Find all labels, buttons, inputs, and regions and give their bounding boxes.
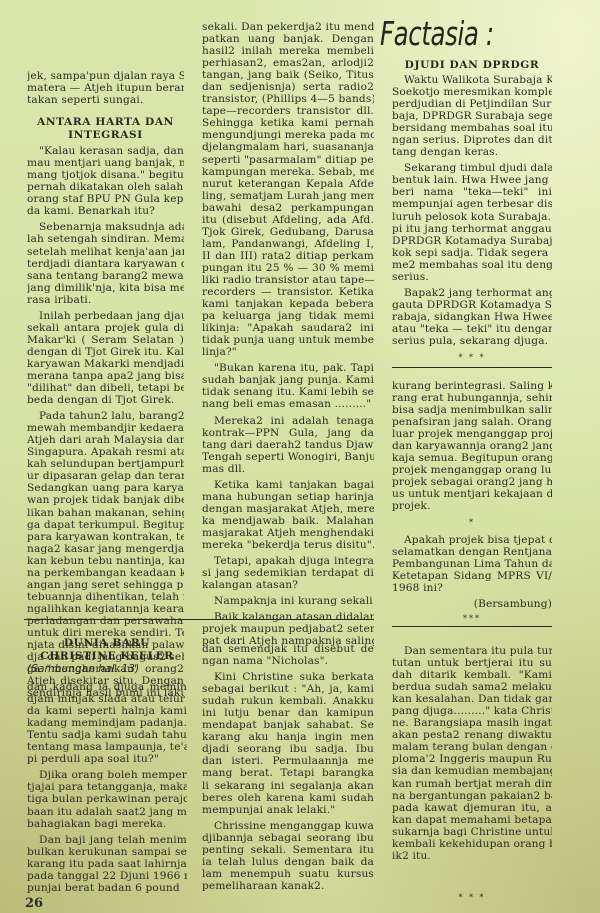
text-line: pada kawat djemuran itu, a (392, 802, 552, 814)
text-line: na perkembangan keadaan keu (27, 567, 184, 579)
text-line: ik2 itu. (392, 850, 552, 862)
text-line: projek menganggap orang luar (392, 464, 552, 476)
text-line: da kami seperti halnja kami (27, 705, 187, 717)
text-line: Ketetapan Sidang MPRS VI/ (392, 570, 552, 582)
text-line: atau "teka — teki" itu dengan (392, 323, 552, 335)
divider-rule (392, 626, 552, 627)
text-line: baja, DPRDGR Surabaja segera (392, 110, 552, 122)
text-line: lam menempuh suatu kursus (202, 868, 374, 880)
text-line: Dan sementara itu pula tun (392, 645, 552, 657)
text-line: kadang memindjam padanja. (27, 717, 187, 729)
text-line: djelangmalam hari, suasananja (202, 141, 374, 153)
column-top-right: DJUDI DAN DPRDGR Waktu Walikota Surabaja… (392, 59, 552, 364)
paragraph: kurang berintegrasi. Saling kurang erat … (392, 380, 552, 513)
text-line: likinja: "Apakah saudara2 ini (202, 322, 374, 334)
text-line: dan sedjenisnja) serta radio2 (202, 81, 374, 93)
text-line: tutan untuk bertjerai itu su (392, 657, 552, 669)
text-line: tentang masa lampaunja, te'a (27, 741, 187, 753)
text-line: Sekarang timbul djudi dalam (392, 162, 552, 174)
page-number: 26 (25, 896, 43, 911)
text-line: djibannja sebagai seorang ibu (202, 832, 374, 844)
text-line: serius pula, sekarang djuga. (392, 335, 552, 347)
text-line: projek sebagai orang2 jang ha (392, 476, 552, 488)
section-separator-stars: *** (392, 613, 552, 625)
paragraph: "Bukan karena itu, pak. Tapisudah banjak… (202, 362, 374, 410)
text-line: dengan masjarakat Atjeh, mere (202, 503, 374, 515)
article-body: sekali. Dan pekerdja2 itu mendapatkan ua… (202, 21, 374, 647)
text-line: kurang berintegrasi. Saling ku (392, 380, 552, 392)
text-line: sebagai berikut : "Ah, ja, kami (202, 683, 374, 695)
text-line: kontrak—PPN Gula, jang da (202, 427, 374, 439)
text-line: kan kesalahan. Dan tidak gam (392, 693, 552, 705)
text-line: lah setengah sindiran. Memang, (27, 233, 184, 245)
paragraph: Dan sementara itu pula tuntutan untuk be… (392, 645, 552, 862)
text-line: karyawan Makarki mendjadi (27, 358, 184, 370)
heading-line: CHRISTINE KEELER (27, 650, 187, 663)
text-line: ploma'2 Inggeris maupun Ru (392, 753, 552, 765)
section-title: Factasia : (380, 14, 494, 53)
text-line: seperti "pasarmalam" ditiap per (202, 154, 374, 166)
text-line: bawahi desa2 perkampungan (202, 202, 374, 214)
text-line: ngalihkan kegiatannja kearah (27, 603, 184, 615)
text-line: tangan, jang baik (Seiko, Titus (202, 69, 374, 81)
text-line: 1968 ini? (392, 582, 552, 594)
article-body: Dan sementara itu pula tuntutan untuk be… (392, 645, 552, 862)
article-body: Waktu Walikota Surabaja Kol.Soekotjo mer… (392, 74, 552, 347)
text-line: sana tentang barang2 mewah (27, 270, 184, 282)
text-line: rasa iribati. (27, 294, 184, 306)
text-line: mang tjotjok disana." begitu (27, 169, 184, 181)
text-line: li sekarang ini segalanja akan (202, 780, 374, 792)
text-line: dah ditarik kembali. "Kami (392, 669, 552, 681)
text-line: liki radio transistor atau tape— (202, 274, 374, 286)
text-line: si jang sedemikian terdapat di (202, 567, 374, 579)
text-line: kan dapat memahami betapa (392, 814, 552, 826)
paragraph: Nampaknja ini kurang sekali. (202, 595, 374, 607)
article-heading-antara-harta: ANTARA HARTA DAN INTEGRASI (27, 116, 184, 142)
section-divider-rule (24, 619, 374, 620)
text-line: merana tanpa apa2 jang bisa (27, 370, 184, 382)
article-body: dan semendjak itu disebut dengan nama "N… (202, 643, 374, 892)
text-line: na bergantungan pakaian2 baji (392, 790, 552, 802)
paragraph: dan semendjak itu disebut dengan nama "N… (202, 643, 374, 667)
text-line: nurut keterangan Kepala Afde (202, 178, 374, 190)
text-line: "dilihat" dan dibeli, tetapi ber (27, 382, 184, 394)
paragraph: Ketika kami tanjakan bagaimana hubungan … (202, 479, 374, 551)
text-line: perhiasan2, emas2an, arlodji2 (202, 57, 374, 69)
paragraph: Chrissine menganggap kuwadjibannja sebag… (202, 820, 374, 892)
text-line: orang staf BPU PN Gula kepa (27, 193, 184, 205)
text-line: tidak senang itu. Kami lebih se (202, 386, 374, 398)
text-line: Tentu sadja kami sudah tahu (27, 729, 187, 741)
text-line: Tengah seperti Wonogiri, Banju (202, 451, 374, 463)
text-line: beda dengan di Tjot Girek. (27, 394, 184, 406)
paragraph: dan kadang ia djuga memindjam minjak sla… (27, 681, 187, 765)
text-line: pi perduli apa soal itu?" (27, 753, 187, 765)
text-line: beres oleh karena kami sudah (202, 792, 374, 804)
text-line: ngan nama "Nicholas". (202, 655, 374, 667)
text-line: me2 membahas soal itu dengan (392, 259, 552, 271)
text-line: luar projek menganggap projek (392, 428, 552, 440)
text-line: karang itu pada saat lahirnja (27, 858, 187, 870)
paragraph: Waktu Walikota Surabaja Kol.Soekotjo mer… (392, 74, 552, 158)
paragraph: Tetapi, apakah djuga integrasi jang sede… (202, 555, 374, 591)
text-line: tang dari daerah2 tandus Djawa (202, 439, 374, 451)
text-line: kami tanjakan kepada bebera (202, 298, 374, 310)
article-body: kurang berintegrasi. Saling kurang erat … (392, 380, 552, 513)
text-line: pa keluarga jang tidak memi (202, 310, 374, 322)
text-line: sudah rukun kembali. Anakku (202, 695, 374, 707)
text-line: jek, sampa'pun djalan raya Su (27, 70, 184, 82)
text-line: Singapura. Apakah resmi atau (27, 446, 184, 458)
text-line: dan semendjak itu disebut de (202, 643, 374, 655)
text-line: likan bahan makanan, sehing (27, 507, 184, 519)
text-line: recorders — transistor. Ketika (202, 286, 374, 298)
intro-text: jek, sampa'pun djalan raya Sumatera — At… (27, 70, 184, 106)
paragraph: Inilah perbedaan jang djauhsekali antara… (27, 310, 184, 406)
text-line: pungan itu 25 % — 30 % memi (202, 262, 374, 274)
text-line: jang dimilik'nja, kita bisa me (27, 282, 184, 294)
paragraph: Baik kalangan atasan didalamprojek maupu… (202, 611, 374, 647)
text-line: DPRDGR Kotamadya Surabaja (392, 235, 552, 247)
text-line: Baik kalangan atasan didalam (202, 611, 374, 623)
text-line: akan pesta2 renang diwaktu (392, 729, 552, 741)
text-line: ne. Barangsiapa masih ingat (392, 717, 552, 729)
text-line: ka mendjawab baik. Malahan (202, 515, 374, 527)
text-line: tape—recorders transistor dll. (202, 105, 374, 117)
text-line: serius. (392, 271, 552, 283)
text-line: tidak punja uang untuk membe (202, 334, 374, 346)
text-line: projek maupun pedjabat2 setem (202, 623, 374, 635)
text-line: dengan di Tjot Girek itu. Kalau (27, 346, 184, 358)
text-line: pi itu jang terhormat anggauta2 (392, 223, 552, 235)
text-line: Soekotjo meresmikan kompleks (392, 86, 552, 98)
column-top-left: jek, sampa'pun djalan raya Sumatera — At… (27, 70, 184, 699)
text-line: tjajai para tetangganja, maka (27, 781, 187, 793)
text-line: tebuannja dihentikan, telah me (27, 591, 184, 603)
text-line: setelah melihat kenja'aan jang (27, 246, 184, 258)
text-line: punjai berat badan 6 pound (27, 882, 187, 894)
text-line: takan seperti sungai. (27, 94, 184, 106)
text-line: selamatkan dengan Rentjana (392, 546, 552, 558)
text-line: Pada tahun2 lalu, barang2 (27, 410, 184, 422)
divider-rule (392, 367, 552, 368)
text-line: Tjok Girek, Gedubang, Darusa (202, 226, 374, 238)
text-line: mewah membandjir kedaerah (27, 422, 184, 434)
text-line: naga2 kasar jang mengerdja (27, 543, 184, 555)
text-line: ur dipasaran gelap dan terang. (27, 470, 184, 482)
text-line: lam, Pandanwangi, Afdeling I, (202, 238, 374, 250)
paragraph: Mereka2 ini adalah tenagakontrak—PPN Gul… (202, 415, 374, 475)
text-line: baan itu adalah saat2 jang mem (27, 806, 187, 818)
text-line: mempunjai anak lelaki." (202, 804, 374, 816)
column-top-middle: sekali. Dan pekerdja2 itu mendapatkan ua… (202, 21, 374, 647)
paragraph: Kini Christine suka berkatasebagai berik… (202, 671, 374, 816)
text-line: Ketika kami tanjakan bagai (202, 479, 374, 491)
paragraph: Djika orang boleh mempertjajai para teta… (27, 769, 187, 829)
column-bottom-left: DUNIA BARU CHRISTINE KEELER (Sambungan h… (27, 637, 187, 894)
column-bottom-middle: dan semendjak itu disebut dengan nama "N… (202, 643, 374, 892)
text-line: us untuk mentjari kekajaan dari (392, 488, 552, 500)
text-line: ga dapat terkumpul. Begitupun (27, 519, 184, 531)
text-line: kok sepi sadja. Tidak segera ra (392, 247, 552, 259)
column-bottom-right: Dan sementara itu pula tuntutan untuk be… (392, 645, 552, 904)
text-line: perdjudian di Petjindilan Sura (392, 98, 552, 110)
text-line: itu (disebut Afdeling, ada Afd. (202, 214, 374, 226)
text-line: kah selundupan bertjampurba (27, 458, 184, 470)
text-line: masjarakat Atjeh menghendaki (202, 527, 374, 539)
text-line: beri nama "teka—teki" ini (392, 186, 552, 198)
text-line: Waktu Walikota Surabaja Kol. (392, 74, 552, 86)
text-line: Chrissine menganggap kuwa (202, 820, 374, 832)
paragraph: sekali. Dan pekerdja2 itu mendapatkan ua… (202, 21, 374, 358)
text-line: patkan uang banjak. Dengan (202, 33, 374, 45)
text-line: mempunjai agen terbesar dise (392, 198, 552, 210)
text-line: wan projek tidak banjak dibe (27, 494, 184, 506)
paragraph: Dan baji jang telah menimbulkan kerukuna… (27, 834, 187, 894)
text-line: mang berat. Tetapi barangka (202, 767, 374, 779)
text-line: Pembangunan Lima Tahun dari (392, 558, 552, 570)
separator-star: * (392, 517, 552, 529)
text-line: Kini Christine suka berkata (202, 671, 374, 683)
text-line: pang djuga........." kata Christi (392, 705, 552, 717)
text-line: transistor, (Phillips 4—5 bands) (202, 93, 374, 105)
text-line: penting sekali. Sementara itu (202, 844, 374, 856)
text-line: kampungan mereka. Sebab, me (202, 166, 374, 178)
text-line: pemeliharaan kanak2. (202, 880, 374, 892)
paragraph: "Kalau kerasan sadja, danmau mentjari ua… (27, 145, 184, 217)
text-line: sia dan kemudian membajang (392, 765, 552, 777)
text-line: sukarnja bagi Christine untuk (392, 826, 552, 838)
article-body: "Kalau kerasan sadja, danmau mentjari ua… (27, 145, 184, 699)
text-line: "Bukan karena itu, pak. Tapi (202, 362, 374, 374)
text-line: projek. (392, 500, 552, 512)
text-line: Apakah projek bisa tjepat di (392, 534, 552, 546)
text-line: bulkan kerukunan sampai se (27, 846, 187, 858)
text-line: perladangan dan persawahan (27, 615, 184, 627)
text-line: Djika orang boleh memper (27, 769, 187, 781)
text-line: ini lutju benar dan kamipun (202, 707, 374, 719)
text-line: ia telah lulus dengan baik da (202, 856, 374, 868)
text-line: ling, sematjam Lurah jang mem (202, 190, 374, 202)
text-line: Mereka2 ini adalah tenaga (202, 415, 374, 427)
text-line: nang beli emas emasan ........." (202, 398, 374, 410)
article-heading-djudi: DJUDI DAN DPRDGR (392, 59, 552, 72)
text-line: penafsiran jang salah. Orang (392, 416, 552, 428)
text-line: tang dengan keras. (392, 146, 552, 158)
text-line: kalangan atasan? (202, 579, 374, 591)
text-line: luruh pelosok kota Surabaja. Ta (392, 211, 552, 223)
text-line: mas dll. (202, 463, 374, 475)
column-right-continuation: kurang berintegrasi. Saling kurang erat … (392, 380, 552, 625)
heading-line: DUNIA BARU (27, 637, 187, 650)
section-separator-stars: * * * (392, 352, 552, 364)
text-line: kan rumah bertjat merah dima (392, 778, 552, 790)
text-line: mau mentjari uang banjak, me (27, 157, 184, 169)
text-line: Sedangkan uang para karya (27, 482, 184, 494)
text-line: Nampaknja ini kurang sekali. (202, 595, 374, 607)
text-line: mana hubungan setiap harinja (202, 491, 374, 503)
text-line: rang erat hubungannja, sehingga (392, 392, 552, 404)
text-line: pernah dikatakan oleh salah se (27, 181, 184, 193)
text-line: dan isteri. Permulaannja me (202, 755, 374, 767)
text-line: bisa sadja menimbulkan saling (392, 404, 552, 416)
text-line: bentuk lain. Hwa Hwee jang di (392, 174, 552, 186)
text-line: Inilah perbedaan jang djauh (27, 310, 184, 322)
text-line: sekali antara projek gula di (27, 322, 184, 334)
text-line: malam terang bulan dengan di (392, 741, 552, 753)
text-line: Atjeh dari arah Malaysia dan (27, 434, 184, 446)
text-line: matera — Atjeh itupun beran (27, 82, 184, 94)
text-line: Sehingga ketika kami pernah (202, 117, 374, 129)
text-line: Sebenarnja maksudnja ada (27, 221, 184, 233)
text-line: mereka "bekerdja terus disitu". (202, 539, 374, 551)
text-line: II dan III) rata2 ditiap perkam (202, 250, 374, 262)
text-line: "Kalau kerasan sadja, dan (27, 145, 184, 157)
text-line: sekali. Dan pekerdja2 itu menda (202, 21, 374, 33)
text-line: ngan serius. Diprotes dan ditan (392, 134, 552, 146)
text-line: hasil2 inilah mereka membeli (202, 45, 374, 57)
text-line: dan karyawannja orang2 jang (392, 440, 552, 452)
text-line: kembali kekehidupan orang ba (392, 838, 552, 850)
text-line: Dan baji jang telah menim (27, 834, 187, 846)
text-line: para karyawan kontrakan, te (27, 531, 184, 543)
text-line: sudah banjak jang punja. Kami (202, 374, 374, 386)
text-line: bersidang membahas soal itu de (392, 122, 552, 134)
paragraph: Sekarang timbul djudi dalambentuk lain. … (392, 162, 552, 282)
magazine-page: jek, sampa'pun djalan raya Sumatera — At… (0, 0, 600, 913)
text-line: mengundjungi mereka pada mon (202, 129, 374, 141)
text-line: djam minjak slada atau telur pa (27, 693, 187, 705)
text-line: angan jang seret sehingga per (27, 579, 184, 591)
text-line: pada tanggal 22 Djuni 1966 mem (27, 870, 187, 882)
text-line: berdua sudah sama2 melaku (392, 681, 552, 693)
text-line: terdjadi diantara karyawan di (27, 258, 184, 270)
text-line: dan kadang ia djuga memin (27, 681, 187, 693)
text-line: djadi seorang ibu sadja. Ibu (202, 743, 374, 755)
text-line: Makar'ki ( Seram Selatan ) (27, 334, 184, 346)
continuation-reference: (Sambungan hal. 13) (27, 663, 187, 675)
end-stars: * * * (392, 892, 552, 904)
text-line: kan kebun tebu nantinja, kare (27, 555, 184, 567)
heading-line: ANTARA HARTA DAN (27, 116, 184, 129)
text-line: tiga bulan perkawinan perajo (27, 793, 187, 805)
text-line: Bapak2 jang terhormat ang (392, 287, 552, 299)
text-line: mendapat banjak sahabat. Se (202, 719, 374, 731)
article-heading-christine-keeler: DUNIA BARU CHRISTINE KEELER (27, 637, 187, 663)
text-line: rabaja, sidangkan Hwa Hwee (392, 311, 552, 323)
continued-note: (Bersambung) (392, 598, 552, 610)
text-line: bahagiakan bagi mereka. (27, 818, 187, 830)
article-body: dan kadang ia djuga memindjam minjak sla… (27, 681, 187, 894)
text-line: karang aku hanja ingin men (202, 731, 374, 743)
heading-line: INTEGRASI (27, 129, 184, 142)
paragraph: Bapak2 jang terhormat anggauta DPRDGR Ko… (392, 287, 552, 347)
text-line: gauta DPRDGR Kotamadya Su (392, 299, 552, 311)
text-line: kaja semua. Begitupun orang2 (392, 452, 552, 464)
text-line: da kami. Benarkah itu? (27, 205, 184, 217)
paragraph: Sebenarnja maksudnja adalah setengah sin… (27, 221, 184, 305)
text-line: linja?" (202, 346, 374, 358)
closing-question: Apakah projek bisa tjepat diselamatkan d… (392, 534, 552, 594)
text-line: Tetapi, apakah djuga integra (202, 555, 374, 567)
